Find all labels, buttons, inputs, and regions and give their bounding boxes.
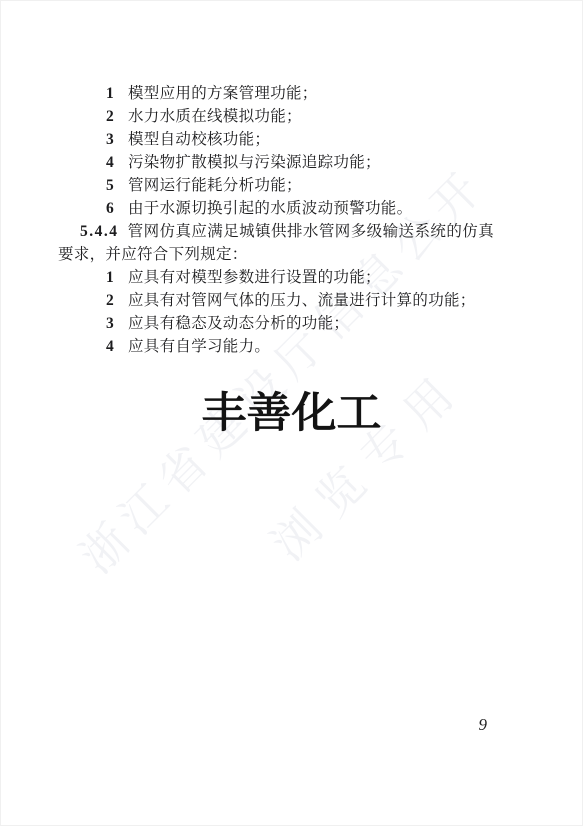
body-text: 1 模型应用的方案管理功能； 2 水力水质在线模拟功能； 3 模型自动校核功能；… (58, 82, 494, 358)
item-number: 4 (106, 335, 128, 358)
item-number: 4 (106, 151, 128, 174)
list-item: 6 由于水源切换引起的水质波动预警功能。 (58, 197, 494, 220)
item-number: 2 (106, 105, 128, 128)
item-text: 水力水质在线模拟功能； (128, 105, 302, 128)
list-item: 5 管网运行能耗分析功能； (58, 174, 494, 197)
list-item: 4 污染物扩散模拟与污染源追踪功能； (58, 151, 494, 174)
item-text: 应具有对模型参数进行设置的功能； (128, 266, 381, 289)
clause-text: 管网仿真应满足城镇供排水管网多级输送系统的仿真要求，并应符合下列规定： (58, 223, 494, 263)
item-text: 应具有对管网气体的压力、流量进行计算的功能； (128, 289, 476, 312)
item-number: 5 (106, 174, 128, 197)
item-text: 由于水源切换引起的水质波动预警功能。 (128, 197, 412, 220)
item-number: 3 (106, 128, 128, 151)
list-item: 2 水力水质在线模拟功能； (58, 105, 494, 128)
page-number: 9 (479, 715, 488, 735)
logo-stamp-text: 丰善化工 (0, 391, 583, 433)
list-item: 3 应具有稳态及动态分析的功能； (58, 312, 494, 335)
item-number: 2 (106, 289, 128, 312)
item-text: 应具有自学习能力。 (128, 335, 270, 358)
item-text: 应具有稳态及动态分析的功能； (128, 312, 349, 335)
document-page: 浙江省建设厅信息公开 浏览专用 1 模型应用的方案管理功能； 2 水力水质在线模… (0, 0, 583, 826)
list-item: 3 模型自动校核功能； (58, 128, 494, 151)
list-item: 1 应具有对模型参数进行设置的功能； (58, 266, 494, 289)
list-item: 2 应具有对管网气体的压力、流量进行计算的功能； (58, 289, 494, 312)
item-number: 3 (106, 312, 128, 335)
item-number: 1 (106, 82, 128, 105)
item-text: 污染物扩散模拟与污染源追踪功能； (128, 151, 381, 174)
item-number: 1 (106, 266, 128, 289)
item-number: 6 (106, 197, 128, 220)
clause-paragraph: 5.4.4管网仿真应满足城镇供排水管网多级输送系统的仿真要求，并应符合下列规定： (58, 220, 494, 266)
item-text: 管网运行能耗分析功能； (128, 174, 302, 197)
clause-number: 5.4.4 (80, 223, 119, 240)
list-item: 1 模型应用的方案管理功能； (58, 82, 494, 105)
item-text: 模型自动校核功能； (128, 128, 270, 151)
watermark-browse-only-text: 浏览专用 (255, 351, 477, 573)
item-text: 模型应用的方案管理功能； (128, 82, 318, 105)
list-item: 4 应具有自学习能力。 (58, 335, 494, 358)
